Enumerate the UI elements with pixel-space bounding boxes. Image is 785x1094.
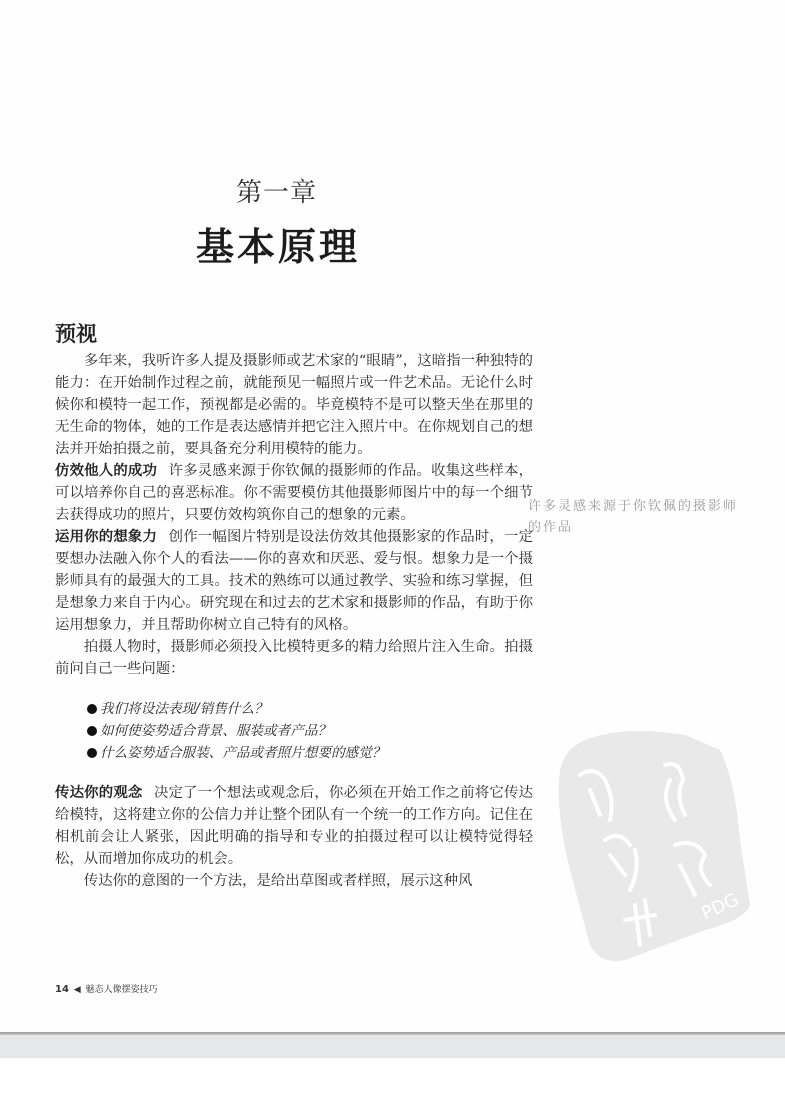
question-list: 我们将设法表现/销售什么？ 如何使姿势适合背景、服装或者产品？ 什么姿势适合服装… xyxy=(55,698,533,764)
paragraph: 仿效他人的成功许多灵感来源于你钦佩的摄影师的作品。收集这些样本，可以培养你自己的… xyxy=(55,460,533,526)
paragraph: 运用你的想象力创作一幅图片特别是设法仿效其他摄影家的作品时，一定要想办法融入你个… xyxy=(55,526,533,636)
seal-watermark-icon: PDG xyxy=(545,720,765,970)
run-in-heading: 传达你的观念 xyxy=(55,785,143,801)
paragraph: 传达你的观念决定了一个想法或观念后，你必须在开始工作之前将它传达给模特，这将建立… xyxy=(55,782,533,870)
list-item: 我们将设法表现/销售什么？ xyxy=(87,698,533,720)
scan-edge-band xyxy=(0,1035,785,1058)
bullet-icon xyxy=(87,726,97,736)
run-in-heading: 仿效他人的成功 xyxy=(55,463,157,479)
page-number: 14 xyxy=(55,984,69,995)
margin-blank xyxy=(0,1058,785,1094)
list-item: 什么姿势适合服装、产品或者照片想要的感觉？ xyxy=(87,742,533,764)
run-in-heading: 运用你的想象力 xyxy=(55,529,157,545)
paragraph: 传达你的意图的一个方法，是给出草图或者样照，展示这种风 xyxy=(55,870,533,892)
chapter-title: 基本原理 xyxy=(196,216,360,271)
bullet-icon xyxy=(87,704,97,714)
bullet-icon xyxy=(87,748,97,758)
paragraph: 拍摄人物时，摄影师必须投入比模特更多的精力给照片注入生命。拍摄前问自己一些问题： xyxy=(55,636,533,680)
book-page: 第一章 基本原理 预视 多年来，我听许多人提及摄影师或艺术家的“眼睛”，这暗指一… xyxy=(0,0,785,1032)
body-text: 多年来，我听许多人提及摄影师或艺术家的“眼睛”，这暗指一种独特的能力：在开始制作… xyxy=(55,350,533,892)
pull-quote: 许多灵感来源于你钦佩的摄影师的作品 xyxy=(528,496,743,538)
section-heading: 预视 xyxy=(55,318,97,348)
left-arrow-icon: ◀ xyxy=(74,985,81,995)
page-footer: 14 ◀ 魅态人像摆姿技巧 xyxy=(55,982,158,995)
book-title: 魅态人像摆姿技巧 xyxy=(86,985,158,995)
paragraph: 多年来，我听许多人提及摄影师或艺术家的“眼睛”，这暗指一种独特的能力：在开始制作… xyxy=(55,350,533,460)
list-item: 如何使姿势适合背景、服装或者产品？ xyxy=(87,720,533,742)
chapter-number: 第一章 xyxy=(236,172,336,209)
